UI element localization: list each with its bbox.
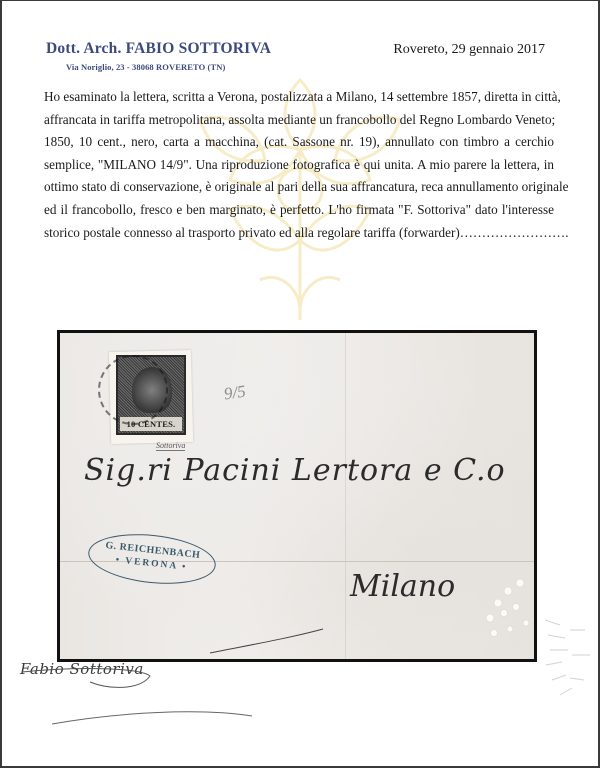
emboss-seal-icon bbox=[480, 563, 537, 662]
addressee-handwriting: Sig.ri Pacini Lertora e C.o bbox=[84, 453, 506, 488]
oval-handstamp: G. REICHENBACH • VERONA • bbox=[86, 528, 218, 589]
letterhead-address: Via Noriglio, 23 - 38068 ROVERETO (TN) bbox=[66, 62, 271, 72]
fold-line bbox=[345, 333, 346, 659]
body-line: 1850, 10 cent., nero, carta a macchina, … bbox=[44, 131, 554, 154]
city-handwriting: Milano bbox=[350, 569, 455, 604]
body-line: semplice, "MILANO 14/9". Una riproduzion… bbox=[44, 154, 554, 177]
letterhead-name: Dott. Arch. FABIO SOTTORIVA bbox=[46, 40, 271, 58]
postmark-cancel bbox=[98, 355, 168, 425]
body-line: affrancata in tariffa metropolitana, ass… bbox=[44, 109, 554, 132]
certificate-body: Ho esaminato la lettera, scritta a Veron… bbox=[44, 86, 554, 244]
document-date: Rovereto, 29 gennaio 2017 bbox=[393, 42, 545, 58]
body-line: Ho esaminato la lettera, scritta a Veron… bbox=[44, 86, 554, 109]
pencil-annotation: 9/5 bbox=[223, 382, 247, 405]
letterhead: Dott. Arch. FABIO SOTTORIVA Via Noriglio… bbox=[46, 40, 271, 72]
expert-mini-signature: Sottoriva bbox=[156, 441, 185, 451]
letter-photograph: 10 CENTES. 9/5 Sottoriva Sig.ri Pacini L… bbox=[57, 330, 537, 662]
body-line: storico postale connesso al trasporto pr… bbox=[44, 222, 554, 245]
body-line: ottimo stato di conservazione, è origina… bbox=[44, 176, 554, 199]
expert-signature: Fabio Sottoriva bbox=[20, 660, 144, 678]
body-line: ed il francobollo, fresco e ben marginat… bbox=[44, 199, 554, 222]
